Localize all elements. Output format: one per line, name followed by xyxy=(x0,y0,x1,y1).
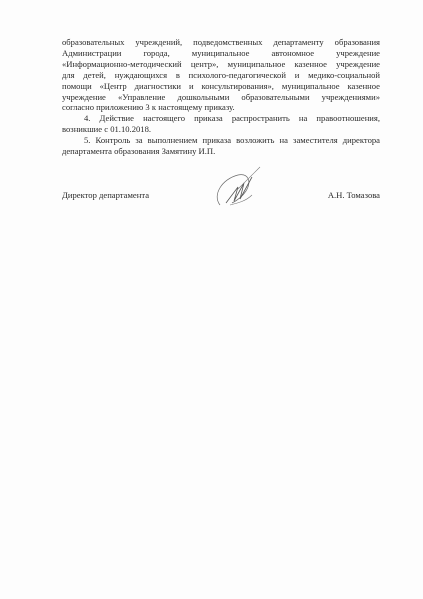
text-line: «Информационно-методический центр», муни… xyxy=(62,59,380,70)
text-line: образовательных учреждений, подведомстве… xyxy=(62,37,380,48)
document-page: образовательных учреждений, подведомстве… xyxy=(0,0,423,599)
signature-block: Директор департамента А.Н. Томазова xyxy=(62,185,380,215)
text-line: Администрации города, муниципальное авто… xyxy=(62,48,380,59)
text-line: 5. Контроль за выполнением приказа возло… xyxy=(62,135,380,146)
item-4: 4. Действие настоящего приказа распростр… xyxy=(62,113,380,135)
text-line: для детей, нуждающихся в психолого-педаг… xyxy=(62,70,380,81)
text-line: согласно приложению 3 к настоящему прика… xyxy=(62,102,380,113)
signatory-name: А.Н. Томазова xyxy=(328,190,380,200)
text-line: возникшие с 01.10.2018. xyxy=(62,124,380,135)
text-line: 4. Действие настоящего приказа распростр… xyxy=(62,113,380,124)
signatory-title: Директор департамента xyxy=(62,190,149,200)
text-line: помощи «Центр диагностики и консультиров… xyxy=(62,81,380,92)
paragraph-continuation: образовательных учреждений, подведомстве… xyxy=(62,37,380,113)
text-line: учреждение «Управление дошкольными образ… xyxy=(62,92,380,103)
handwritten-signature-icon xyxy=(208,165,268,210)
document-body: образовательных учреждений, подведомстве… xyxy=(62,37,380,157)
item-5: 5. Контроль за выполнением приказа возло… xyxy=(62,135,380,157)
text-line: департамента образования Замятину И.П. xyxy=(62,146,380,157)
